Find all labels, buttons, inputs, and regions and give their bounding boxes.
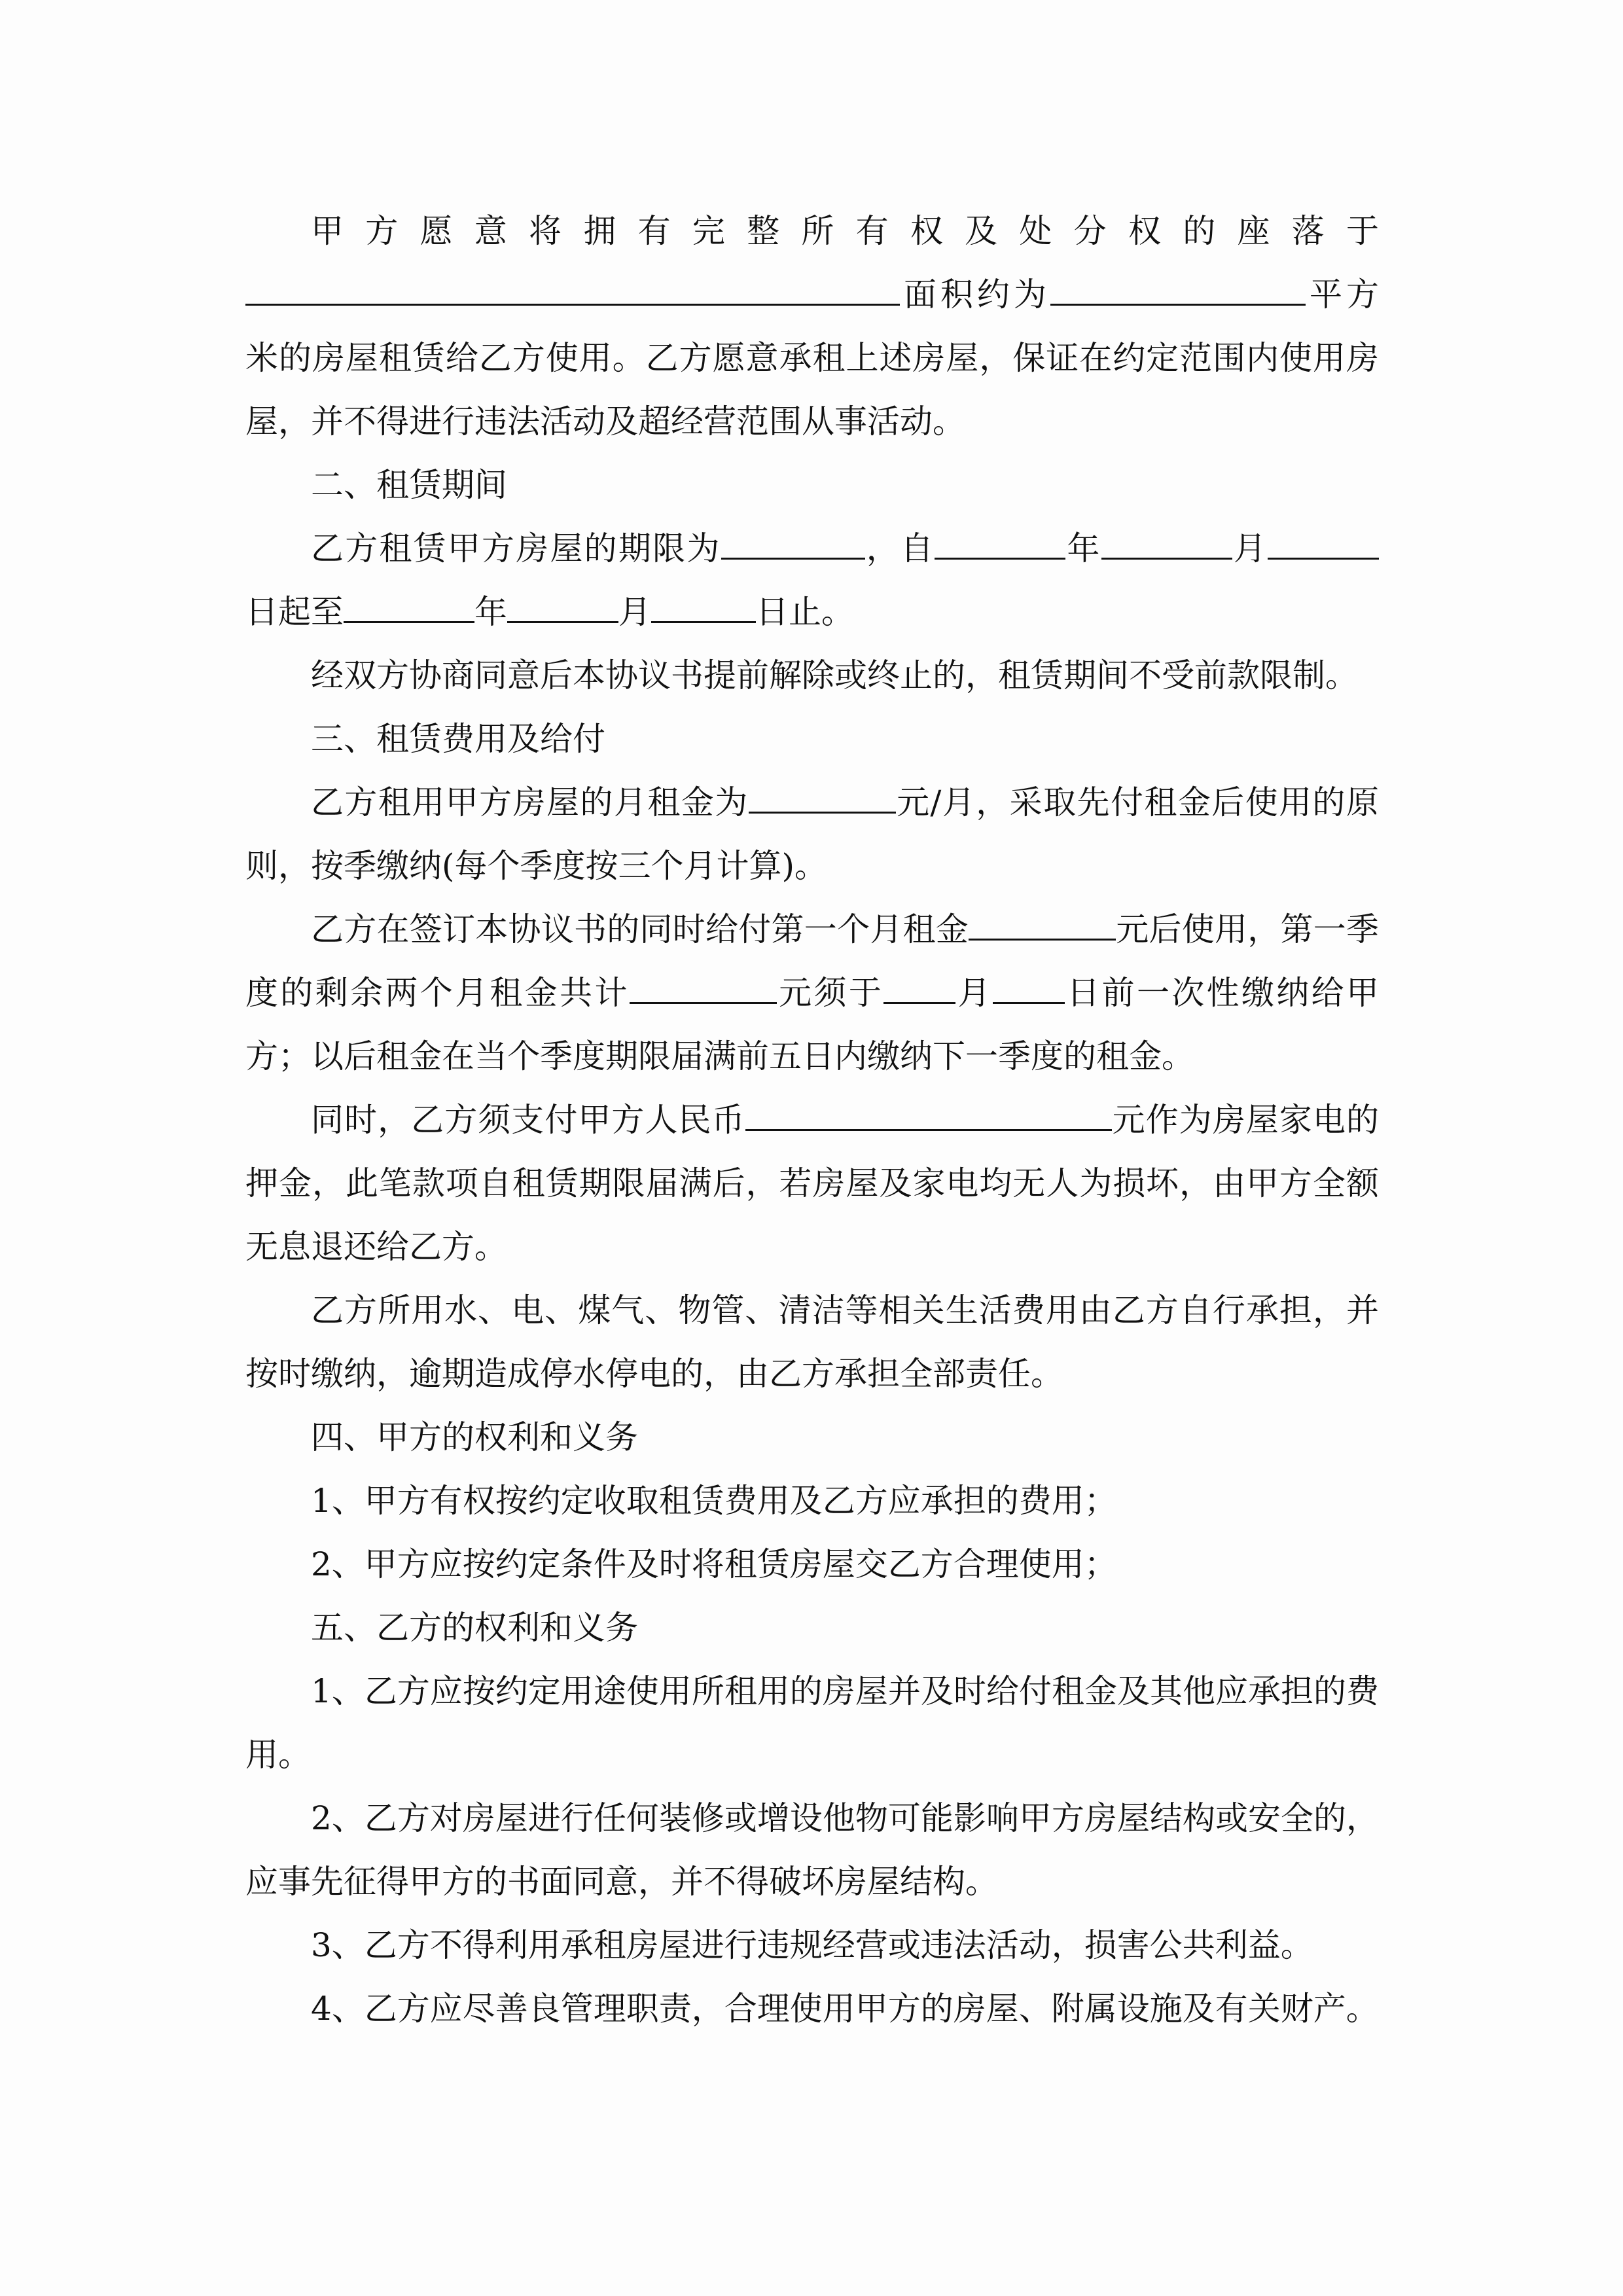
body-paragraph: 乙方租用甲方房屋的月租金为元/月，采取先付租金后使用的原则，按季缴纳(每个季度按… — [245, 771, 1379, 898]
paragraph-text: 经双方协商同意后本协议书提前解除或终止的，租赁期间不受前款限制。 — [311, 656, 1358, 694]
fill-in-blank[interactable] — [993, 964, 1065, 1004]
fill-in-blank[interactable] — [245, 266, 900, 306]
fill-in-blank[interactable] — [883, 964, 955, 1004]
fill-in-blank[interactable] — [1268, 520, 1379, 560]
paragraph-text: 乙方租用甲方房屋的月租金为 — [311, 783, 749, 821]
section-heading: 五、乙方的权利和义务 — [245, 1596, 1379, 1660]
body-paragraph: 乙方租赁甲方房屋的期限为，自年月日起至年月日止。 — [245, 517, 1379, 644]
paragraph-text: 4、乙方应尽善良管理职责，合理使用甲方的房屋、附属设施及有关财产。 — [311, 1990, 1379, 2028]
document-body: 甲方愿意将拥有完整所有权及处分权的座落于面积约为平方米的房屋租赁给乙方使用。乙方… — [245, 200, 1379, 2041]
fill-in-blank[interactable] — [1050, 266, 1306, 306]
section-heading: 二、租赁期间 — [245, 454, 1379, 517]
fill-in-blank[interactable] — [507, 583, 618, 623]
paragraph-text: 1、乙方应按约定用途使用所租用的房屋并及时给付租金及其他应承担的费用。 — [245, 1672, 1379, 1774]
paragraph-text: 日起至 — [245, 593, 344, 631]
body-paragraph: 经双方协商同意后本协议书提前解除或终止的，租赁期间不受前款限制。 — [245, 644, 1379, 708]
section-heading: 四、甲方的权利和义务 — [245, 1406, 1379, 1469]
paragraph-text: 二、租赁期间 — [311, 466, 507, 504]
fill-in-blank[interactable] — [935, 520, 1065, 560]
fill-in-blank[interactable] — [344, 583, 474, 623]
paragraph-text: 三、租赁费用及给付 — [311, 720, 605, 758]
paragraph-text: 月 — [1232, 529, 1268, 567]
body-paragraph: 2、甲方应按约定条件及时将租赁房屋交乙方合理使用； — [245, 1533, 1379, 1596]
paragraph-text: 月 — [955, 974, 993, 1012]
paragraph-text: 年 — [1065, 529, 1101, 567]
fill-in-blank[interactable] — [630, 964, 777, 1004]
paragraph-text: 年 — [474, 593, 507, 631]
fill-in-blank[interactable] — [749, 774, 896, 814]
paragraph-text: 四、甲方的权利和义务 — [311, 1418, 638, 1456]
body-paragraph: 1、甲方有权按约定收取租赁费用及乙方应承担的费用； — [245, 1469, 1379, 1533]
paragraph-text: ，自 — [865, 529, 935, 567]
fill-in-blank[interactable] — [1101, 520, 1232, 560]
document-page: 甲方愿意将拥有完整所有权及处分权的座落于面积约为平方米的房屋租赁给乙方使用。乙方… — [245, 200, 1379, 2041]
body-paragraph: 乙方在签订本协议书的同时给付第一个月租金元后使用，第一季度的剩余两个月租金共计元… — [245, 898, 1379, 1088]
body-paragraph: 同时，乙方须支付甲方人民币元作为房屋家电的押金，此笔款项自租赁期限届满后，若房屋… — [245, 1088, 1379, 1279]
paragraph-text: 甲方愿意将拥有完整所有权及处分权的座落于 — [311, 212, 1379, 250]
fill-in-blank[interactable] — [745, 1091, 1112, 1131]
paragraph-text: 日止。 — [756, 593, 854, 631]
paragraph-text: 1、甲方有权按约定收取租赁费用及乙方应承担的费用； — [311, 1482, 1117, 1520]
paragraph-text: 乙方租赁甲方房屋的期限为 — [311, 529, 721, 567]
paragraph-text: 乙方在签订本协议书的同时给付第一个月租金 — [311, 910, 969, 948]
paragraph-text: 五、乙方的权利和义务 — [311, 1609, 638, 1647]
paragraph-text: 面积约为 — [900, 276, 1050, 314]
paragraph-text: 元须于 — [777, 974, 883, 1012]
fill-in-blank[interactable] — [969, 901, 1116, 941]
paragraph-text: 2、乙方对房屋进行任何装修或增设他物可能影响甲方房屋结构或安全的，应事先征得甲方… — [245, 1799, 1379, 1901]
body-paragraph: 1、乙方应按约定用途使用所租用的房屋并及时给付租金及其他应承担的费用。 — [245, 1660, 1379, 1787]
paragraph-text: 2、甲方应按约定条件及时将租赁房屋交乙方合理使用； — [311, 1545, 1117, 1583]
paragraph-text: 3、乙方不得利用承租房屋进行违规经营或违法活动，损害公共利益。 — [311, 1926, 1313, 1964]
body-paragraph: 3、乙方不得利用承租房屋进行违规经营或违法活动，损害公共利益。 — [245, 1914, 1379, 1977]
fill-in-blank[interactable] — [651, 583, 756, 623]
section-heading: 三、租赁费用及给付 — [245, 708, 1379, 771]
body-paragraph: 乙方所用水、电、煤气、物管、清洁等相关生活费用由乙方自行承担，并按时缴纳，逾期造… — [245, 1279, 1379, 1406]
paragraph-text: 乙方所用水、电、煤气、物管、清洁等相关生活费用由乙方自行承担，并按时缴纳，逾期造… — [245, 1291, 1379, 1393]
body-paragraph: 甲方愿意将拥有完整所有权及处分权的座落于面积约为平方米的房屋租赁给乙方使用。乙方… — [245, 200, 1379, 454]
paragraph-text: 同时，乙方须支付甲方人民币 — [311, 1101, 745, 1139]
fill-in-blank[interactable] — [721, 520, 865, 560]
paragraph-text: 月 — [618, 593, 651, 631]
body-paragraph: 2、乙方对房屋进行任何装修或增设他物可能影响甲方房屋结构或安全的，应事先征得甲方… — [245, 1787, 1379, 1914]
body-paragraph: 4、乙方应尽善良管理职责，合理使用甲方的房屋、附属设施及有关财产。 — [245, 1977, 1379, 2041]
